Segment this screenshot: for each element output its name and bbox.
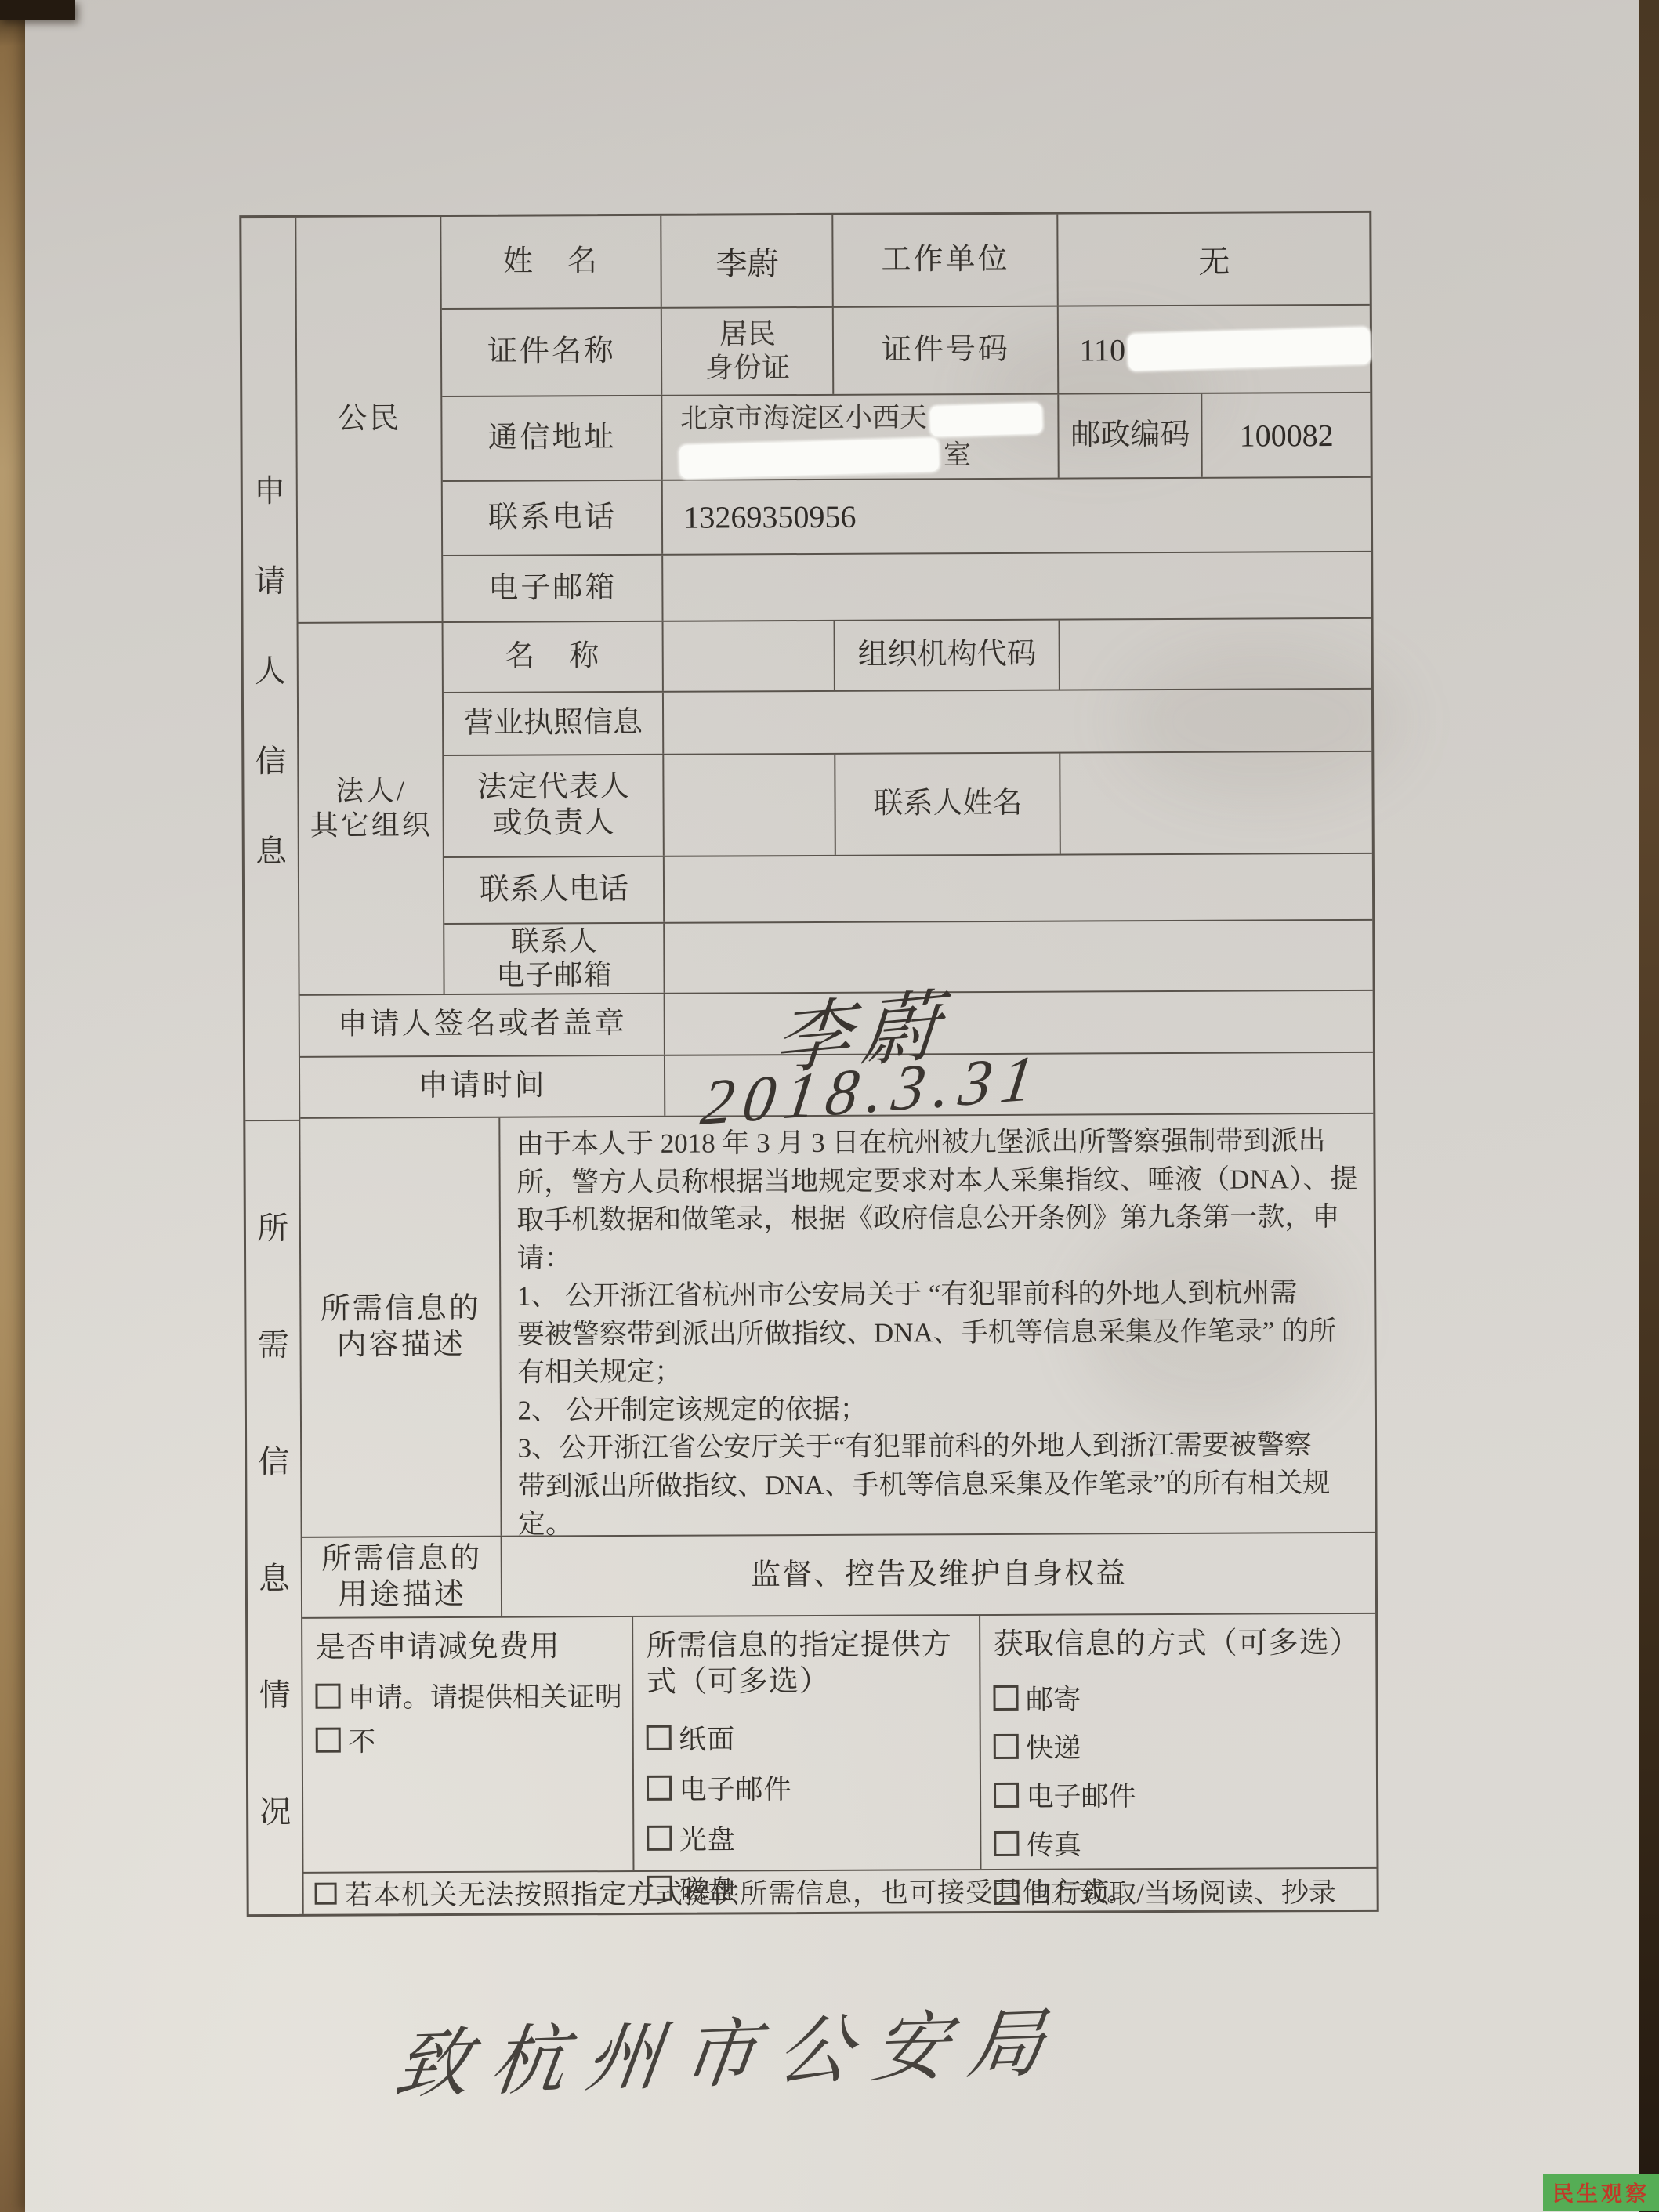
provide-option-label: 电子邮件 <box>679 1768 791 1808</box>
rep-value-cell <box>665 755 837 856</box>
orgname-value-cell <box>664 621 835 691</box>
purpose-label-line1: 所需信息的 <box>321 1541 482 1577</box>
rep-label-line2: 或负责人 <box>493 806 615 842</box>
contact-email-label-line2: 电子邮箱 <box>496 958 612 993</box>
purpose-row: 所需信息的 用途描述 监督、控告及维护自身权益 <box>302 1533 1375 1619</box>
purpose-value: 监督、控告及维护自身权益 <box>751 1556 1127 1594</box>
addr-redaction-1 <box>929 404 1041 436</box>
orgcode-label-cell: 组织机构代码 <box>835 621 1060 690</box>
addr-value-cell: 北京市海淀区小西天 室 <box>663 395 1060 480</box>
application-form-table: 申请人信息 所需信息情况 公民 姓 名 李蔚 工作单位 无 证件名称 <box>239 211 1378 1917</box>
addr-label: 通信地址 <box>487 420 616 456</box>
provide-option: 纸面 <box>647 1718 791 1758</box>
provide-option: 光盘 <box>647 1818 792 1858</box>
contact-name-label: 联系人姓名 <box>873 786 1022 822</box>
watermark-badge: 民生观察 <box>1543 2174 1659 2211</box>
citizen-category-label: 公民 <box>337 401 401 437</box>
section-required-info: 所需信息情况 <box>245 1121 302 1914</box>
addr-line1: 北京市海淀区小西天 <box>680 399 1041 437</box>
obtain-option: 邮寄 <box>994 1677 1335 1718</box>
content-line: 取手机数据和做笔录，根据《政府信息公开条例》第九条第一款，申 <box>516 1198 1358 1240</box>
checkbox-icon <box>994 1831 1020 1856</box>
id-value-cell: 居民 身份证 <box>662 308 834 395</box>
name-label-cell: 姓 名 <box>442 216 663 308</box>
orgcode-label: 组织机构代码 <box>858 637 1037 674</box>
purpose-value-cell: 监督、控告及维护自身权益 <box>502 1533 1375 1616</box>
fee-waiver-title: 是否申请减免费用 <box>316 1628 560 1666</box>
rep-label-line1: 法定代表人 <box>477 769 630 806</box>
work-value-cell: 无 <box>1059 213 1370 306</box>
signature-label: 申请人签名或者盖章 <box>338 1006 627 1043</box>
legal-category-line2: 其它组织 <box>310 809 433 843</box>
checkbox-icon <box>316 1684 341 1709</box>
checkbox-icon <box>647 1826 672 1851</box>
contact-phone-label: 联系人电话 <box>480 872 628 908</box>
work-label-cell: 工作单位 <box>834 215 1060 306</box>
obtain-option: 电子邮件 <box>994 1774 1335 1815</box>
signature-label-cell: 申请人签名或者盖章 <box>300 994 665 1056</box>
name-row: 姓 名 李蔚 工作单位 无 <box>442 213 1370 310</box>
zip-label-cell: 邮政编码 <box>1060 394 1203 478</box>
zip-label: 邮政编码 <box>1070 418 1190 454</box>
checkbox-icon <box>315 1883 337 1905</box>
legal-block: 法人/ 其它组织 名 称 组织机构代码 营业执照信息 <box>299 619 1373 996</box>
desk-edge <box>1639 0 1659 2212</box>
orgname-row: 名 称 组织机构代码 <box>444 619 1371 693</box>
content-line: 请： <box>516 1236 1358 1277</box>
orgname-label: 名 称 <box>505 639 601 675</box>
phone-row: 联系电话 13269350956 <box>443 478 1371 556</box>
zip-value-cell: 100082 <box>1203 393 1371 477</box>
obtain-option: 快递 <box>994 1725 1335 1766</box>
license-label: 营业执照信息 <box>464 705 643 742</box>
contact-phone-value-cell <box>665 854 1372 922</box>
phone-value: 13269350956 <box>683 498 856 536</box>
work-value: 无 <box>1198 237 1230 281</box>
provide-method-title: 所需信息的指定提供方式（可多选） <box>647 1627 972 1701</box>
rep-label-cell: 法定代表人 或负责人 <box>444 755 665 856</box>
content-desc-text-cell: 由于本人于 2018 年 3 月 3 日在杭州被九堡派出所警察强制带到派出所，警… <box>501 1114 1375 1536</box>
content-line: 有相关规定； <box>517 1350 1359 1392</box>
id-name-row: 证件名称 居民 身份证 证件号码 110 <box>442 306 1370 397</box>
obtain-option-label: 邮寄 <box>1026 1678 1081 1718</box>
email-label-cell: 电子邮箱 <box>444 556 664 621</box>
checkbox-icon <box>647 1725 672 1750</box>
purpose-label-line2: 用途描述 <box>338 1577 466 1613</box>
phone-label-cell: 联系电话 <box>443 481 663 555</box>
fee-option-label: 申请。请提供相关证明 <box>348 1675 622 1716</box>
work-label: 工作单位 <box>881 242 1009 278</box>
contact-email-value-cell <box>665 921 1373 993</box>
photo-scene: 申请人信息 所需信息情况 公民 姓 名 李蔚 工作单位 无 证件名称 <box>0 0 1659 2212</box>
phone-label: 联系电话 <box>488 500 617 536</box>
idnum-label: 证件号码 <box>882 332 1010 368</box>
obtain-method-title: 获取信息的方式（可多选） <box>994 1625 1360 1663</box>
name-label: 姓 名 <box>503 244 599 280</box>
addr-label-cell: 通信地址 <box>443 396 663 480</box>
zip-value: 100082 <box>1240 417 1334 454</box>
checkbox-icon <box>316 1728 341 1753</box>
phone-value-cell: 13269350956 <box>663 478 1371 554</box>
obtain-method-cell: 获取信息的方式（可多选） 邮寄 快递 电子邮件 传真 <box>981 1614 1377 1869</box>
content-line: 1、 公开浙江省杭州市公安局关于 “有犯罪前科的外地人到杭州需 <box>517 1274 1359 1316</box>
apply-time-value-cell: 2018.3.31 <box>665 1052 1373 1115</box>
name-value: 李蔚 <box>715 239 778 284</box>
checkbox-icon <box>994 1734 1019 1759</box>
fee-option: 不 <box>316 1719 622 1760</box>
license-label-cell: 营业执照信息 <box>444 693 664 755</box>
citizen-category-cell: 公民 <box>297 217 444 622</box>
content-desc-label-cell: 所需信息的 内容描述 <box>301 1118 502 1537</box>
section-applicant-info: 申请人信息 <box>241 218 299 1121</box>
obtain-option: 传真 <box>994 1823 1336 1863</box>
options-row: 是否申请减免费用 申请。请提供相关证明 不 所需信息的指定提供方式（可多选） <box>303 1614 1377 1874</box>
idnum-redaction <box>1128 328 1370 371</box>
contact-email-label-line1: 联系人 <box>511 925 598 959</box>
citizen-block: 公民 姓 名 李蔚 工作单位 无 证件名称 居民 身份证 <box>297 213 1371 624</box>
purpose-label-cell: 所需信息的 用途描述 <box>302 1537 502 1617</box>
fee-option: 申请。请提供相关证明 <box>316 1675 622 1716</box>
checkbox-icon <box>647 1776 672 1801</box>
content-line: 要被警察带到派出所做指纹、DNA、手机等信息采集及作笔录” 的所 <box>517 1312 1359 1353</box>
license-row: 营业执照信息 <box>444 690 1371 756</box>
checkbox-icon <box>994 1783 1019 1808</box>
note-text: 若本机关无法按照指定方式提供所需信息，也可接受其他方式。 <box>345 1870 1135 1913</box>
content-desc-label-line1: 所需信息的 <box>321 1291 481 1327</box>
content-line: 带到派出所做指纹、DNA、手机等信息采集及作笔录”的所有相关规 <box>518 1464 1360 1505</box>
obtain-option-label: 传真 <box>1027 1824 1081 1863</box>
note-row: 若本机关无法按照指定方式提供所需信息，也可接受其他方式。 <box>304 1869 1377 1914</box>
contact-name-value-cell <box>1061 752 1372 854</box>
signature-row: 申请人签名或者盖章 李蔚 <box>300 991 1373 1057</box>
apply-time-row: 申请时间 2018.3.31 <box>300 1052 1373 1118</box>
fee-waiver-cell: 是否申请减免费用 申请。请提供相关证明 不 <box>303 1617 635 1872</box>
email-row: 电子邮箱 <box>444 552 1371 621</box>
contact-email-label-cell: 联系人 电子邮箱 <box>445 924 665 994</box>
obtain-option-label: 快递 <box>1026 1727 1081 1766</box>
content-line: 由于本人于 2018 年 3 月 3 日在杭州被九堡派出所警察强制带到派出 <box>516 1122 1358 1164</box>
content-line: 3、公开浙江省公安厅关于“有犯罪前科的外地人到浙江需要被警察 <box>518 1426 1360 1468</box>
contact-phone-row: 联系人电话 <box>444 854 1372 925</box>
legal-category-line1: 法人/ <box>335 775 407 809</box>
provide-method-cell: 所需信息的指定提供方式（可多选） 纸面 电子邮件 光盘 磁盘 <box>634 1616 982 1870</box>
address-row: 通信地址 北京市海淀区小西天 室 邮政编码 100082 <box>443 393 1371 482</box>
addr-visible-text: 北京市海淀区小西天 <box>680 403 927 434</box>
desk-corner <box>0 0 75 20</box>
idnum-visible-digits: 110 <box>1079 331 1125 368</box>
idnum-value-cell: 110 <box>1059 306 1370 393</box>
contact-phone-label-cell: 联系人电话 <box>444 857 665 923</box>
apply-time-label-cell: 申请时间 <box>300 1055 665 1117</box>
addr-line2: 室 <box>680 436 971 476</box>
provide-option-label: 光盘 <box>679 1818 736 1857</box>
name-value-cell: 李蔚 <box>662 215 835 307</box>
provide-option: 电子邮件 <box>647 1768 791 1808</box>
vertical-header-column: 申请人信息 所需信息情况 <box>241 218 304 1914</box>
id-value-line1: 居民 <box>719 317 776 352</box>
addr-tail-char: 室 <box>944 440 971 470</box>
contact-name-label-cell: 联系人姓名 <box>836 754 1062 855</box>
fee-option-label: 不 <box>348 1721 375 1760</box>
apply-time-label: 申请时间 <box>418 1068 546 1104</box>
orgcode-value-cell <box>1060 619 1371 690</box>
content-desc-label-line2: 内容描述 <box>336 1327 465 1363</box>
email-label: 电子邮箱 <box>488 570 617 606</box>
obtain-option-label: 电子邮件 <box>1026 1776 1136 1816</box>
orgname-label-cell: 名 称 <box>444 622 664 692</box>
email-value-cell <box>664 552 1371 621</box>
content-line: 2、 公开制定该规定的依据； <box>517 1388 1359 1429</box>
legal-category-cell: 法人/ 其它组织 <box>299 623 445 994</box>
content-desc-row: 所需信息的 内容描述 由于本人于 2018 年 3 月 3 日在杭州被九堡派出所… <box>301 1114 1375 1538</box>
idnum-label-cell: 证件号码 <box>834 307 1059 394</box>
addr-redaction-2 <box>680 438 940 478</box>
checkbox-icon <box>994 1685 1019 1711</box>
id-value-line2: 身份证 <box>705 351 790 386</box>
provide-option-label: 纸面 <box>679 1718 735 1757</box>
license-value-cell <box>664 690 1371 754</box>
content-line: 所，警方人员称根据当地规定要求对本人采集指纹、唾液（DNA）、提 <box>516 1160 1358 1201</box>
id-label-cell: 证件名称 <box>442 309 662 396</box>
id-label: 证件名称 <box>487 334 616 370</box>
rep-row: 法定代表人 或负责人 联系人姓名 <box>444 752 1372 858</box>
